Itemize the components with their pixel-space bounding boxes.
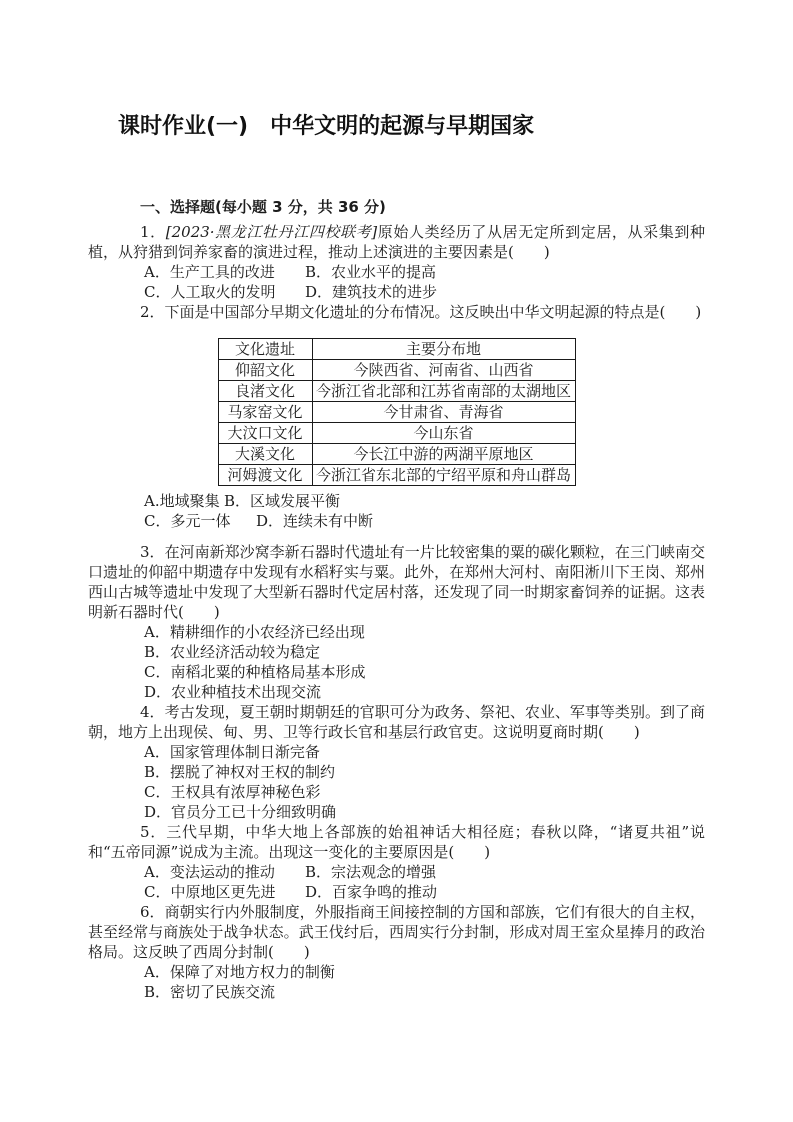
table-cell-site: 良渚文化 [218, 381, 312, 402]
document-body: 一、选择题(每小题 3 分，共 36 分) 1．[2023·黑龙江牡丹江四校联考… [88, 197, 705, 1002]
table-cell-area: 今长江中游的两湖平原地区 [312, 444, 575, 465]
question-4-text: 考古发现，夏王朝时期朝廷的官职可分为政务、祭祀、农业、军事等类别。到了商朝，地方… [88, 703, 705, 741]
section-header: 一、选择题(每小题 3 分，共 36 分) [88, 197, 705, 217]
question-6-option-row-a: A．保障了对地方权力的制衡 [88, 962, 705, 982]
question-5-number: 5． [140, 823, 166, 841]
culture-sites-table: 文化遗址 主要分布地 仰韶文化 今陕西省、河南省、山西省 良渚文化 今浙江省北部… [218, 338, 576, 486]
table-header-area: 主要分布地 [312, 339, 575, 360]
page-title: 课时作业(一) 中华文明的起源与早期国家 [118, 112, 705, 142]
table-row: 马家窑文化 今甘肃省、青海省 [218, 402, 575, 423]
question-2-text: 下面是中国部分早期文化遗址的分布情况。这反映出中华文明起源的特点是( ) [165, 303, 702, 321]
question-3-option-row-b: B．农业经济活动较为稳定 [88, 642, 705, 662]
question-3-option-row-c: C．南稻北粟的种植格局基本形成 [88, 662, 705, 682]
question-4-option-row-c: C．王权具有浓厚神秘色彩 [88, 782, 705, 802]
question-1-number: 1． [140, 223, 166, 241]
worksheet-page: 课时作业(一) 中华文明的起源与早期国家 一、选择题(每小题 3 分，共 36 … [0, 0, 793, 1122]
question-3-option-b: B．农业经济活动较为稳定 [144, 643, 320, 661]
table-cell-area: 今浙江省北部和江苏省南部的太湖地区 [312, 381, 575, 402]
question-4-option-row-b: B．摆脱了神权对王权的制约 [88, 762, 705, 782]
question-1-option-b: B．农业水平的提高 [305, 263, 436, 281]
question-3-stem: 3．在河南新郑沙窝李新石器时代遗址有一片比较密集的粟的碳化颗粒，在三门峡南交口遗… [88, 542, 705, 622]
question-2-option-b: B．区域发展平衡 [224, 492, 340, 510]
question-5-option-d: D．百家争鸣的推动 [305, 883, 437, 901]
question-2-option-d: D．连续未有中断 [256, 512, 373, 530]
question-2-options-row-1: A.地域聚集B．区域发展平衡 [88, 491, 705, 511]
question-2-stem: 2．下面是中国部分早期文化遗址的分布情况。这反映出中华文明起源的特点是( ) [88, 302, 705, 322]
table-cell-area: 今浙江省东北部的宁绍平原和舟山群岛 [312, 465, 575, 486]
question-5-options-row-1: A．变法运动的推动B．宗法观念的增强 [88, 862, 705, 882]
question-5-option-c: C．中原地区更先进 [144, 882, 305, 902]
question-5-option-a: A．变法运动的推动 [144, 862, 305, 882]
table-header-site: 文化遗址 [218, 339, 312, 360]
question-3-option-row-a: A．精耕细作的小农经济已经出现 [88, 622, 705, 642]
table-cell-site: 仰韶文化 [218, 360, 312, 381]
question-1-options-row-2: C．人工取火的发明D．建筑技术的进步 [88, 282, 705, 302]
question-3-number: 3． [140, 543, 165, 561]
question-5-options-row-2: C．中原地区更先进D．百家争鸣的推动 [88, 882, 705, 902]
table-row: 大汶口文化 今山东省 [218, 423, 575, 444]
question-5-text: 三代早期，中华大地上各部族的始祖神话大相径庭；春秋以降，“诸夏共祖”说和“五帝同… [88, 823, 705, 861]
table-row: 良渚文化 今浙江省北部和江苏省南部的太湖地区 [218, 381, 575, 402]
table-row: 仰韶文化 今陕西省、河南省、山西省 [218, 360, 575, 381]
question-5-option-b: B．宗法观念的增强 [305, 863, 436, 881]
question-3-option-a: A．精耕细作的小农经济已经出现 [144, 623, 365, 641]
question-5-stem: 5．三代早期，中华大地上各部族的始祖神话大相径庭；春秋以降，“诸夏共祖”说和“五… [88, 822, 705, 862]
question-6-option-b: B．密切了民族交流 [144, 983, 275, 1001]
question-2-options-row-2: C．多元一体D．连续未有中断 [88, 511, 705, 531]
question-1-options-row-1: A．生产工具的改进B．农业水平的提高 [88, 262, 705, 282]
question-2-number: 2． [140, 303, 165, 321]
table-row: 河姆渡文化 今浙江省东北部的宁绍平原和舟山群岛 [218, 465, 575, 486]
table-cell-site: 马家窑文化 [218, 402, 312, 423]
question-6-stem: 6．商朝实行内外服制度，外服指商王间接控制的方国和部族，它们有很大的自主权，甚至… [88, 902, 705, 962]
question-2-option-c: C．多元一体 [144, 511, 256, 531]
question-1-stem: 1．[2023·黑龙江牡丹江四校联考]原始人类经历了从居无定所到定居，从采集到种… [88, 222, 705, 262]
question-4-option-row-a: A．国家管理体制日渐完备 [88, 742, 705, 762]
question-3-option-row-d: D．农业种植技术出现交流 [88, 682, 705, 702]
table-cell-site: 大溪文化 [218, 444, 312, 465]
question-3-option-d: D．农业种植技术出现交流 [144, 683, 321, 701]
table-cell-site: 河姆渡文化 [218, 465, 312, 486]
question-6-option-a: A．保障了对地方权力的制衡 [144, 963, 335, 981]
question-2-option-a: A.地域聚集 [144, 491, 224, 511]
table-cell-area: 今陕西省、河南省、山西省 [312, 360, 575, 381]
question-1-option-a: A．生产工具的改进 [144, 262, 305, 282]
question-1-source: [2023·黑龙江牡丹江四校联考] [166, 223, 377, 241]
question-6-option-row-b: B．密切了民族交流 [88, 982, 705, 1002]
question-1-option-c: C．人工取火的发明 [144, 282, 305, 302]
table-cell-site: 大汶口文化 [218, 423, 312, 444]
question-4-stem: 4．考古发现，夏王朝时期朝廷的官职可分为政务、祭祀、农业、军事等类别。到了商朝，… [88, 702, 705, 742]
question-4-option-b: B．摆脱了神权对王权的制约 [144, 763, 335, 781]
question-6-number: 6． [140, 903, 165, 921]
question-1-option-d: D．建筑技术的进步 [305, 283, 437, 301]
question-3-text: 在河南新郑沙窝李新石器时代遗址有一片比较密集的粟的碳化颗粒，在三门峡南交口遗址的… [88, 543, 705, 621]
table-cell-area: 今山东省 [312, 423, 575, 444]
table-row: 大溪文化 今长江中游的两湖平原地区 [218, 444, 575, 465]
question-3-option-c: C．南稻北粟的种植格局基本形成 [144, 663, 365, 681]
question-4-option-c: C．王权具有浓厚神秘色彩 [144, 783, 320, 801]
question-4-number: 4． [140, 703, 165, 721]
table-header-row: 文化遗址 主要分布地 [218, 339, 575, 360]
question-4-option-row-d: D．官员分工已十分细致明确 [88, 802, 705, 822]
table-cell-area: 今甘肃省、青海省 [312, 402, 575, 423]
question-4-option-a: A．国家管理体制日渐完备 [144, 743, 320, 761]
question-4-option-d: D．官员分工已十分细致明确 [144, 803, 336, 821]
question-6-text: 商朝实行内外服制度，外服指商王间接控制的方国和部族，它们有很大的自主权，甚至经常… [88, 903, 705, 961]
